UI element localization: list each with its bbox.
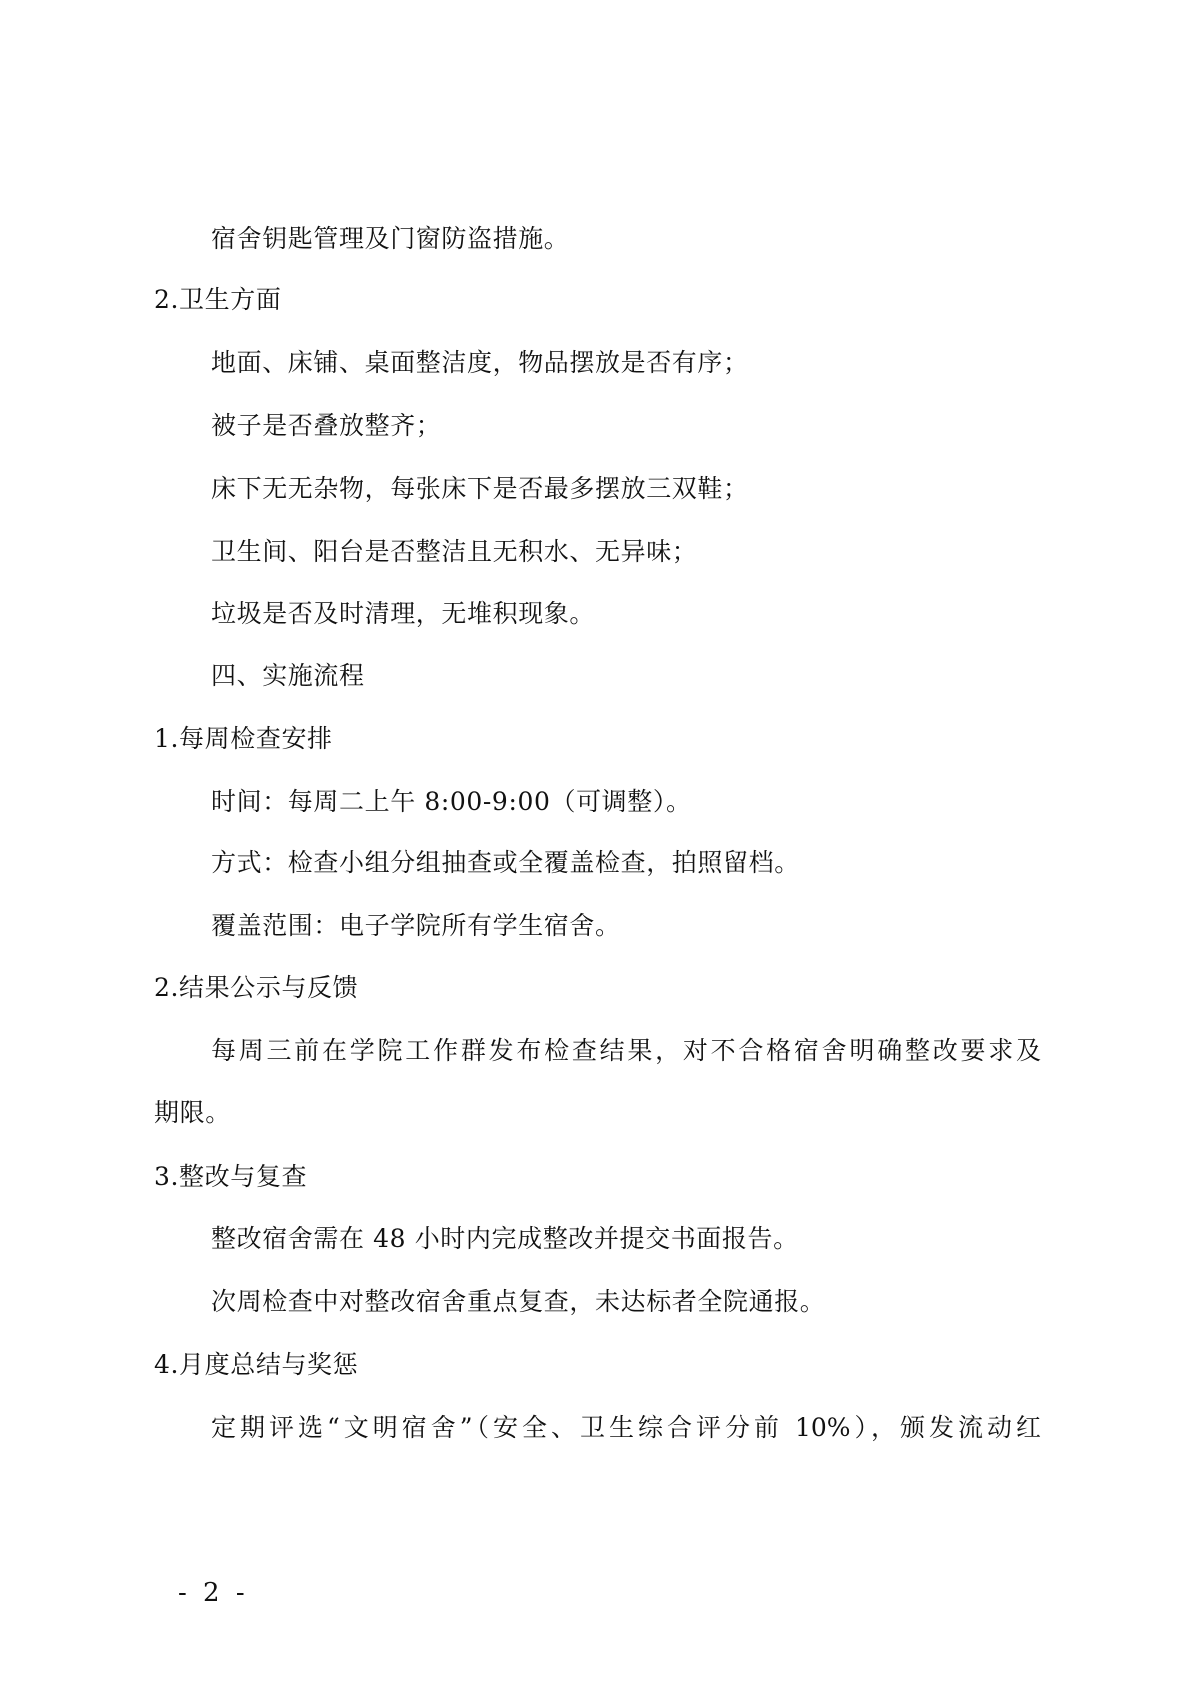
paragraph-line: 次周检查中对整改宿舍重点复查，未达标者全院通报。 bbox=[211, 1287, 825, 1317]
page-number: - 2 - bbox=[178, 1578, 249, 1608]
paragraph-line: 定期评选“文明宿舍”（安全、卫生综合评分前 10%），颁发流动红 bbox=[211, 1413, 1041, 1443]
paragraph-line: 卫生间、阳台是否整洁且无积水、无异味； bbox=[211, 537, 697, 567]
paragraph-line: 时间：每周二上午 8:00-9:00（可调整）。 bbox=[211, 787, 692, 817]
section-heading-hygiene: 2.卫生方面 bbox=[154, 285, 281, 315]
subheading-monthly-summary: 4.月度总结与奖惩 bbox=[154, 1350, 358, 1380]
paragraph-line: 每周三前在学院工作群发布检查结果，对不合格宿舍明确整改要求及 bbox=[211, 1036, 1041, 1066]
subheading-results-feedback: 2.结果公示与反馈 bbox=[154, 973, 358, 1003]
paragraph-line: 垃圾是否及时清理，无堆积现象。 bbox=[211, 599, 595, 629]
section-heading-implementation: 四、实施流程 bbox=[211, 661, 365, 691]
paragraph-line: 方式：检查小组分组抽查或全覆盖检查，拍照留档。 bbox=[211, 848, 800, 878]
paragraph-line: 覆盖范围：电子学院所有学生宿舍。 bbox=[211, 911, 621, 941]
paragraph-line: 床下无无杂物，每张床下是否最多摆放三双鞋； bbox=[211, 474, 749, 504]
subheading-rectification: 3.整改与复查 bbox=[154, 1162, 307, 1192]
paragraph-line: 被子是否叠放整齐； bbox=[211, 411, 441, 441]
paragraph-line: 整改宿舍需在 48 小时内完成整改并提交书面报告。 bbox=[211, 1224, 799, 1254]
paragraph-line: 地面、床铺、桌面整洁度，物品摆放是否有序； bbox=[211, 348, 749, 378]
paragraph-line: 宿舍钥匙管理及门窗防盗措施。 bbox=[211, 224, 569, 254]
document-page: 宿舍钥匙管理及门窗防盗措施。 2.卫生方面 地面、床铺、桌面整洁度，物品摆放是否… bbox=[0, 0, 1191, 1684]
subheading-weekly-inspection: 1.每周检查安排 bbox=[154, 724, 333, 754]
paragraph-line: 期限。 bbox=[154, 1098, 231, 1128]
